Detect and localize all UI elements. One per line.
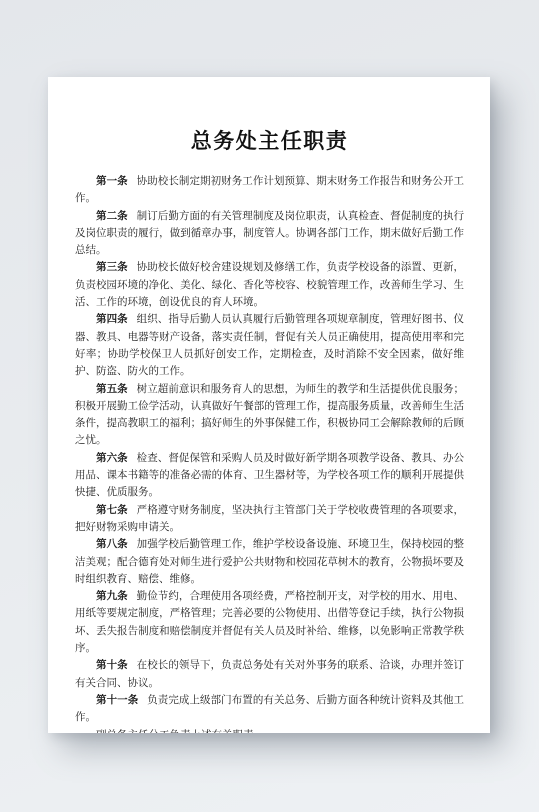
- article-label: 第八条: [96, 539, 128, 550]
- article-label: 第二条: [96, 211, 128, 222]
- article-label: 第十一条: [96, 695, 138, 706]
- article-list: 第一条协助校长制定期初财务工作计划预算、期末财务工作报告和财务公开工作。第二条制…: [75, 173, 464, 733]
- document-page: 总务处主任职责 第一条协助校长制定期初财务工作计划预算、期末财务工作报告和财务公…: [48, 77, 490, 733]
- article-paragraph: 第十一条负责完成上级部门布置的有关总务、后勤方面各种统计资料及其他工作。: [75, 692, 464, 727]
- article-paragraph: 第一条协助校长制定期初财务工作计划预算、期末财务工作报告和财务公开工作。: [75, 173, 464, 208]
- closing-line: 副总务主任分工负责上述有关职责。: [75, 727, 464, 734]
- article-paragraph: 第九条勤俭节约，合理使用各项经费，严格控制开支，对学校的用水、用电、用纸等要规定…: [75, 588, 464, 657]
- article-paragraph: 第七条严格遵守财务制度，坚决执行主管部门关于学校收费管理的各项要求，把好财物采购…: [75, 502, 464, 537]
- article-label: 第六条: [96, 453, 128, 464]
- article-label: 第十条: [96, 660, 128, 671]
- article-label: 第七条: [96, 505, 128, 516]
- article-paragraph: 第八条加强学校后勤管理工作，维护学校设备设施、环境卫生，保持校园的整洁美观；配合…: [75, 536, 464, 588]
- article-paragraph: 第六条检查、督促保管和采购人员及时做好新学期各项教学设备、教具、办公用品、课本书…: [75, 450, 464, 502]
- article-paragraph: 第五条树立超前意识和服务育人的思想，为师生的教学和生活提供优良服务；积极开展勤工…: [75, 381, 464, 450]
- article-paragraph: 第二条制订后勤方面的有关管理制度及岗位职责，认真检查、督促制度的执行及岗位职责的…: [75, 208, 464, 260]
- article-paragraph: 第四条组织、指导后勤人员认真履行后勤管理各项规章制度，管理好图书、仪器、教具、电…: [75, 311, 464, 380]
- document-title: 总务处主任职责: [75, 125, 464, 155]
- article-label: 第九条: [96, 591, 128, 602]
- article-label: 第三条: [96, 262, 128, 273]
- article-paragraph: 第三条协助校长做好校舍建设规划及修缮工作，负责学校设备的添置、更新，负责校园环境…: [75, 259, 464, 311]
- article-label: 第一条: [96, 176, 128, 187]
- article-label: 第五条: [96, 384, 128, 395]
- article-label: 第四条: [96, 314, 128, 325]
- article-paragraph: 第十条在校长的领导下，负责总务处有关对外事务的联系、洽谈，办理并签订有关合同、协…: [75, 657, 464, 692]
